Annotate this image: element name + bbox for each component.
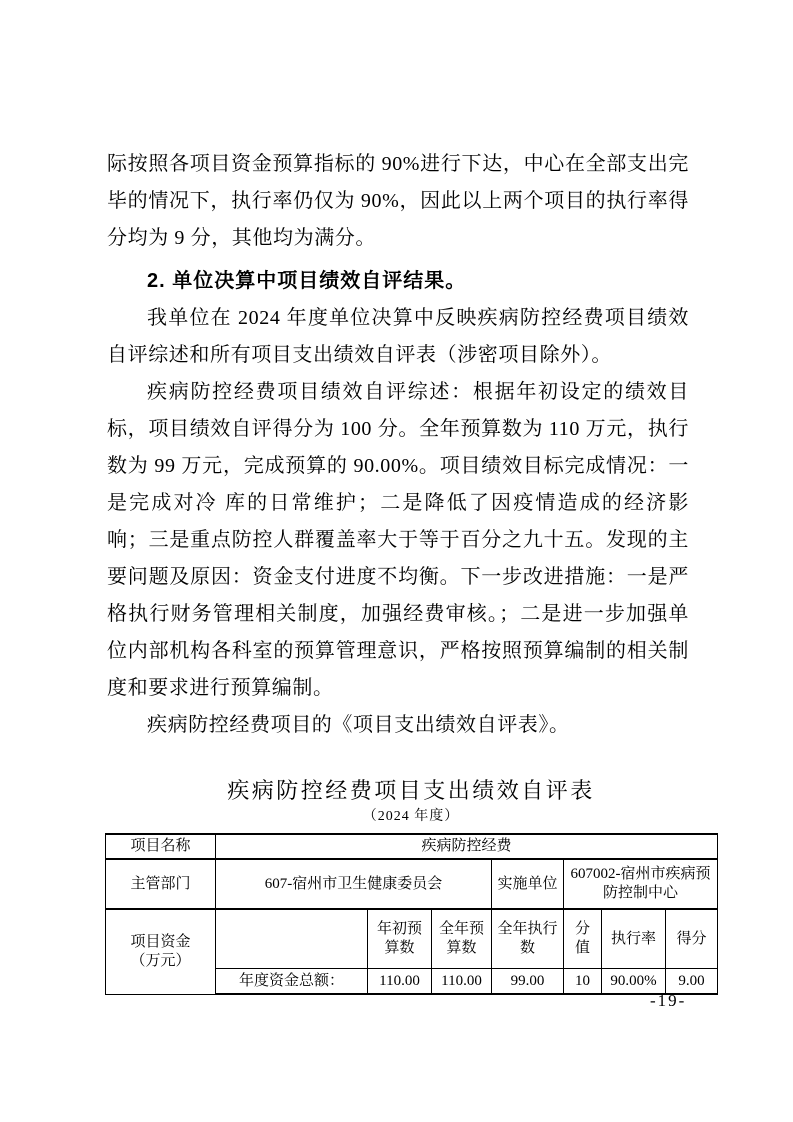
cell-header-score: 得分: [666, 909, 718, 969]
selfeval-table: 项目名称 疾病防控经费 主管部门 607-宿州市卫生健康委员会 实施单位 607…: [105, 833, 718, 995]
cell-header-initial-budget: 年初预 算数: [368, 909, 432, 969]
cell-dept-label: 主管部门: [106, 859, 216, 909]
cell-total-year-budget: 110.00: [432, 969, 492, 995]
cell-dept-value: 607-宿州市卫生健康委员会: [216, 859, 492, 909]
cell-total-label: 年度资金总额：: [216, 969, 368, 995]
section-heading: 2. 单位决算中项目绩效自评结果。: [107, 263, 689, 300]
paragraph: 疾病防控经费项目绩效自评综述：根据年初设定的绩效目标，项目绩效自评得分为 100…: [107, 374, 689, 707]
table-row: 主管部门 607-宿州市卫生健康委员会 实施单位 607002-宿州市疾病预防控…: [106, 859, 718, 909]
cell-total-score-weight: 10: [564, 969, 602, 995]
cell-project-name-label: 项目名称: [106, 834, 216, 859]
paragraph: 我单位在 2024 年度单位决算中反映疾病防控经费项目绩效自评综述和所有项目支出…: [107, 300, 689, 374]
cell-header-execution-rate: 执行率: [602, 909, 666, 969]
document-body: 际按照各项目资金预算指标的 90%进行下达，中心在全部支出完毕的情况下，执行率仍…: [107, 146, 689, 744]
cell-header-score-weight: 分 值: [564, 909, 602, 969]
table-row: 项目资金 （万元） 年初预 算数 全年预 算数 全年执行 数 分 值 执行率 得…: [106, 909, 718, 969]
table-title: 疾病防控经费项目支出绩效自评表: [105, 778, 717, 804]
cell-funds-label: 项目资金 （万元）: [106, 909, 216, 994]
cell-impl-label: 实施单位: [492, 859, 564, 909]
cell-header-year-budget: 全年预 算数: [432, 909, 492, 969]
selfeval-table-block: 疾病防控经费项目支出绩效自评表 （2024 年度） 项目名称 疾病防控经费 主管…: [105, 778, 717, 995]
table-row: 项目名称 疾病防控经费: [106, 834, 718, 859]
page-number: -19-: [650, 991, 686, 1011]
cell-impl-value: 607002-宿州市疾病预防控制中心: [564, 859, 718, 909]
cell-total-initial-budget: 110.00: [368, 969, 432, 995]
document-page: 际按照各项目资金预算指标的 90%进行下达，中心在全部支出完毕的情况下，执行率仍…: [0, 0, 793, 1122]
cell-empty: [216, 909, 368, 969]
cell-project-name-value: 疾病防控经费: [216, 834, 718, 859]
paragraph-table-intro: 疾病防控经费项目的《项目支出绩效自评表》。: [107, 707, 689, 744]
paragraph-continuation: 际按照各项目资金预算指标的 90%进行下达，中心在全部支出完毕的情况下，执行率仍…: [107, 146, 689, 257]
cell-total-year-execution: 99.00: [492, 969, 564, 995]
table-subtitle: （2024 年度）: [105, 809, 717, 825]
cell-header-year-execution: 全年执行 数: [492, 909, 564, 969]
